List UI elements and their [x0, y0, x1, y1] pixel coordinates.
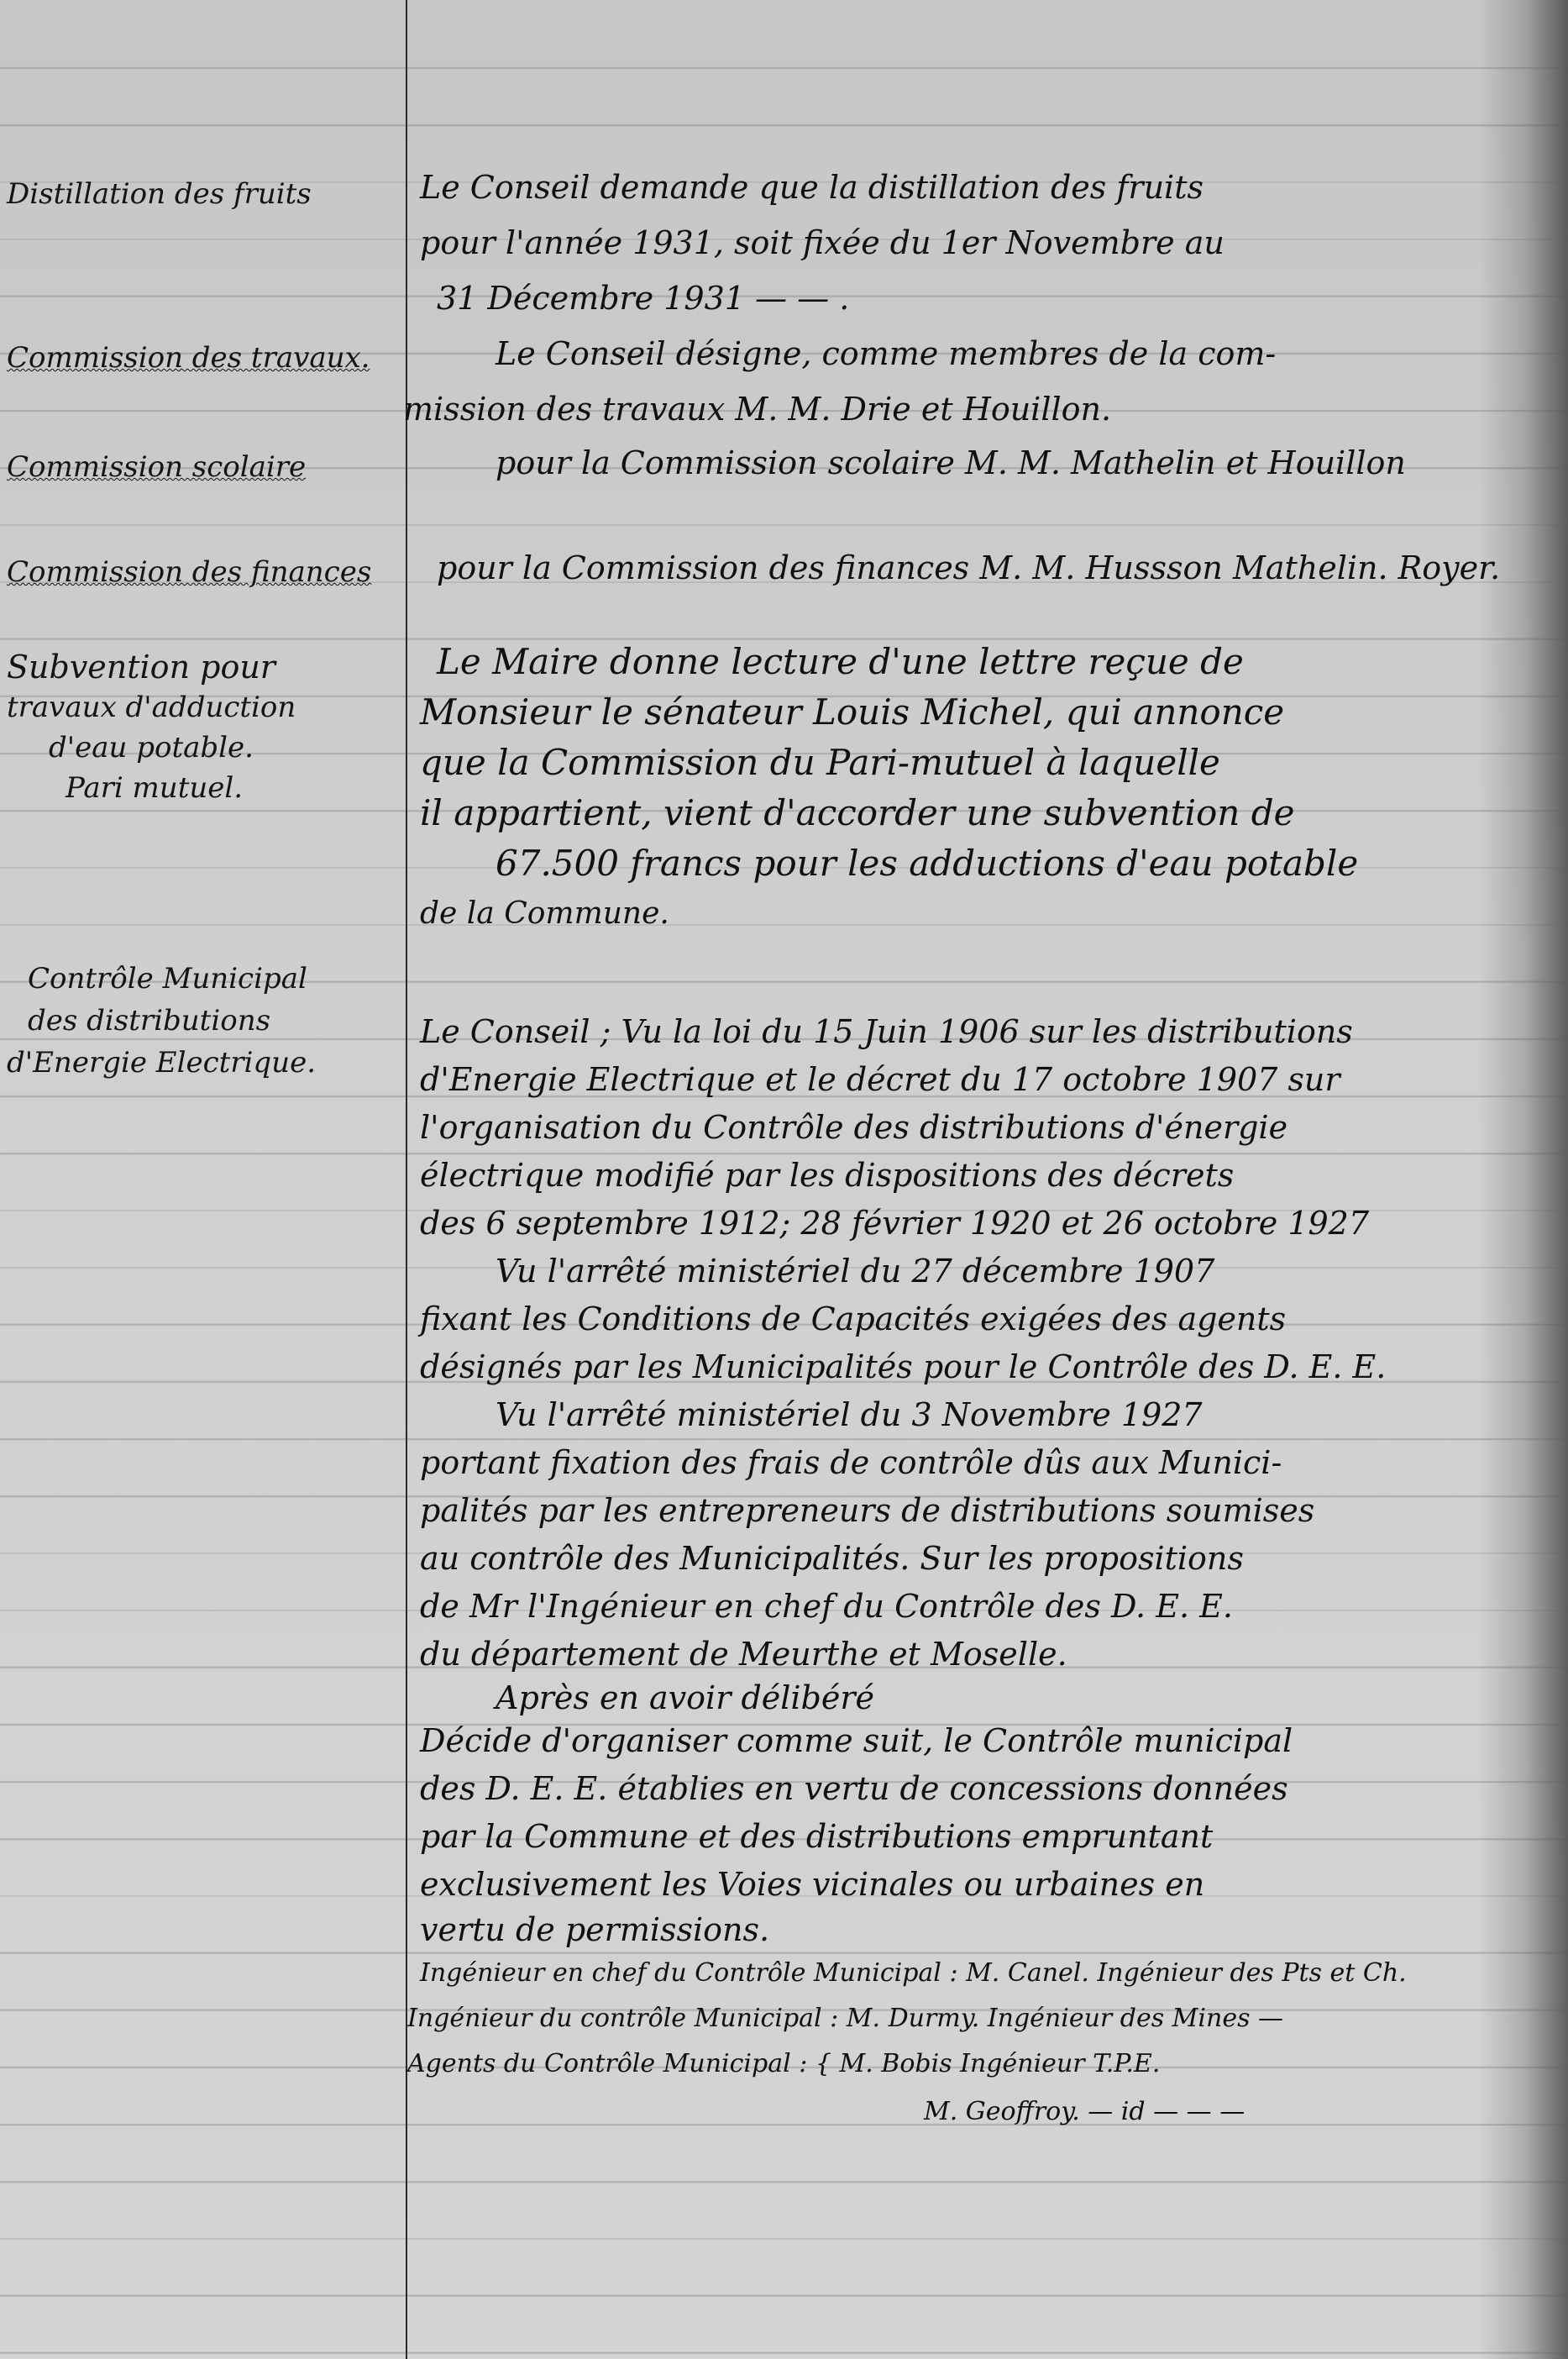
margin-title-controle-municipal: Contrôle Municipal des distributions d'E…	[7, 958, 401, 1084]
entry-commission-finances: pour la Commission des finances M. M. Hu…	[420, 540, 1545, 596]
entry-distillation: Le Conseil demande que la distillation d…	[420, 160, 1545, 326]
entry-commission-scolaire: pour la Commission scolaire M. M. Mathel…	[420, 435, 1545, 491]
register-page: Distillation des fruits Commission des t…	[0, 0, 1568, 2359]
margin-title-commission-travaux: Commission des travaux.	[7, 336, 401, 380]
margin-title-commission-finances: Commission des finances	[7, 550, 401, 594]
entry-subvention: Le Maire donne lecture d'une lettre reçu…	[420, 637, 1545, 939]
margin-title-distillation: Distillation des fruits	[7, 172, 401, 216]
entry-commission-travaux: Le Conseil désigne, comme membres de la …	[420, 326, 1545, 437]
margin-title-subvention: Subvention pour travaux d'adduction d'ea…	[7, 647, 401, 808]
margin-title-commission-scolaire: Commission scolaire	[7, 445, 401, 489]
entry-controle-municipal: Le Conseil ; Vu la loi du 15 Juin 1906 s…	[420, 1008, 1545, 2137]
